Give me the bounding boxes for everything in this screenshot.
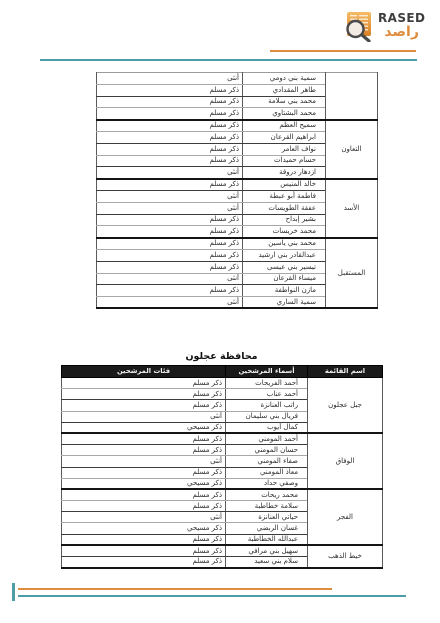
candidate-name-cell: طاهر المقدادي: [243, 84, 326, 96]
candidate-name-cell: غسان الربضي: [226, 523, 308, 534]
candidate-name-cell: سلام بني سعيد: [226, 557, 308, 568]
candidate-category-cell: ذكر مسلم: [97, 84, 243, 96]
candidate-name-cell: بشير إبداح: [243, 214, 326, 226]
candidate-name-cell: فريال بني سليمان: [226, 411, 308, 422]
footer-teal-bar: [12, 583, 15, 601]
candidate-row: المستقبلمحمد بني ياسينذكر مسلم: [97, 238, 378, 250]
candidate-category-cell: ذكر مسلم: [97, 143, 243, 155]
candidate-name-cell: أحمد عناب: [226, 389, 308, 400]
candidate-name-cell: عفقة الطويسات: [243, 202, 326, 214]
candidate-category-cell: ذكر مسلم: [97, 108, 243, 120]
candidate-name-cell: محمد ريحات: [226, 489, 308, 500]
candidate-row: الوفاقأحمد المومنيذكر مسلم: [62, 433, 383, 444]
candidate-name-cell: حياتي العنانزة: [226, 512, 308, 523]
candidate-category-cell: ذكر مسيحي: [62, 523, 226, 534]
candidate-category-cell: ذكر مسلم: [62, 378, 226, 389]
candidate-category-cell: ذكر مسلم: [62, 445, 226, 456]
candidate-name-cell: حسام حميدات: [243, 155, 326, 167]
candidate-category-cell: أنثى: [97, 190, 243, 202]
document-page: RASED راصد سمية بني دوميأنثىطاهر المقداد…: [0, 0, 440, 623]
candidate-name-cell: سمية الساري: [243, 297, 326, 309]
candidate-name-cell: راتب العنانزة: [226, 400, 308, 411]
candidate-category-cell: أنثى: [97, 273, 243, 285]
table2-body: جبل عجلونأحمد الفريحاتذكر مسلمأحمد عنابذ…: [62, 378, 383, 568]
candidate-category-cell: ذكر مسلم: [62, 534, 226, 545]
rased-logo: RASED راصد: [344, 10, 425, 42]
candidate-category-cell: أنثى: [97, 73, 243, 85]
candidate-name-cell: محمد بني ياسين: [243, 238, 326, 250]
candidate-category-cell: ذكر مسلم: [62, 467, 226, 478]
candidate-category-cell: ذكر مسلم: [62, 501, 226, 512]
candidate-category-cell: أنثى: [62, 512, 226, 523]
candidate-row: سمية بني دوميأنثى: [97, 73, 378, 85]
candidate-name-cell: عبدالقادر بني ارشيد: [243, 249, 326, 261]
table1-body: سمية بني دوميأنثىطاهر المقداديذكر مسلممح…: [97, 73, 378, 309]
candidate-category-cell: ذكر مسلم: [97, 179, 243, 191]
footer-teal-rule: [18, 595, 406, 597]
candidate-name-cell: سهيل بني مرافي: [226, 545, 308, 556]
candidate-category-cell: ذكر مسيحي: [62, 478, 226, 489]
column-header-candidate-names: أسماء المرشحين: [226, 366, 308, 378]
candidate-category-cell: ذكر مسلم: [97, 238, 243, 250]
candidate-name-cell: أحمد المومني: [226, 433, 308, 444]
candidate-name-cell: ابراهيم القرعان: [243, 131, 326, 143]
candidate-name-cell: مازن النواطفة: [243, 285, 326, 297]
candidate-name-cell: محمد خريسات: [243, 226, 326, 238]
candidate-category-cell: أنثى: [97, 167, 243, 179]
list-name-cell: جبل عجلون: [308, 378, 383, 434]
list-name-cell: الوفاق: [308, 433, 383, 489]
list-name-cell: خيط الذهب: [308, 545, 383, 567]
candidate-category-cell: ذكر مسيحي: [62, 422, 226, 433]
table-header-row: اسم القائمة أسماء المرشحين فئات المرشحين: [62, 366, 383, 378]
candidate-name-cell: ميساء القرعان: [243, 273, 326, 285]
list-name-cell: التعاون: [326, 120, 378, 179]
candidate-category-cell: أنثى: [97, 297, 243, 309]
candidate-name-cell: ازدهار دروقة: [243, 167, 326, 179]
candidate-name-cell: كمال أيوب: [226, 422, 308, 433]
candidate-category-cell: ذكر مسلم: [97, 131, 243, 143]
candidate-category-cell: ذكر مسلم: [62, 489, 226, 500]
candidate-name-cell: تيسير بني عيسى: [243, 261, 326, 273]
candidate-name-cell: خالد المنيس: [243, 179, 326, 191]
candidates-table-ajloun: اسم القائمة أسماء المرشحين فئات المرشحين…: [61, 365, 383, 569]
footer-orange-rule: [18, 588, 332, 590]
candidate-name-cell: أحمد الفريحات: [226, 378, 308, 389]
candidate-name-cell: عبدالله الخطاطبة: [226, 534, 308, 545]
candidate-name-cell: فاطمة أبو عبطة: [243, 190, 326, 202]
candidate-name-cell: محمد البشتاوي: [243, 108, 326, 120]
header-teal-rule: [40, 59, 417, 61]
candidate-category-cell: ذكر مسلم: [97, 120, 243, 132]
candidate-name-cell: وصفي حداد: [226, 478, 308, 489]
candidate-name-cell: سميح العظم: [243, 120, 326, 132]
candidate-name-cell: صفاء المومني: [226, 456, 308, 467]
candidate-name-cell: حسان المومني: [226, 445, 308, 456]
list-name-cell: [326, 73, 378, 120]
column-header-candidate-categories: فئات المرشحين: [62, 366, 226, 378]
candidate-category-cell: أنثى: [62, 411, 226, 422]
column-header-list-name: اسم القائمة: [308, 366, 383, 378]
candidate-row: جبل عجلونأحمد الفريحاتذكر مسلم: [62, 378, 383, 389]
candidate-category-cell: ذكر مسلم: [62, 557, 226, 568]
candidate-category-cell: ذكر مسلم: [97, 96, 243, 108]
header-orange-rule: [270, 50, 416, 52]
candidate-name-cell: نواف العامر: [243, 143, 326, 155]
candidate-category-cell: ذكر مسلم: [62, 545, 226, 556]
candidate-category-cell: ذكر مسلم: [97, 261, 243, 273]
candidate-category-cell: ذكر مسلم: [97, 155, 243, 167]
candidate-row: التعاونسميح العظمذكر مسلم: [97, 120, 378, 132]
candidate-category-cell: أنثى: [97, 202, 243, 214]
candidate-category-cell: ذكر مسلم: [62, 389, 226, 400]
logo-text: RASED راصد: [378, 10, 425, 42]
candidate-category-cell: ذكر مسلم: [97, 249, 243, 261]
governorate-title: محافظة عجلون: [61, 351, 382, 362]
list-name-cell: الأسد: [326, 179, 378, 238]
candidate-name-cell: محمد بني سلامة: [243, 96, 326, 108]
logo-brand-ar: راصد: [378, 25, 425, 39]
candidate-row: خيط الذهبسهيل بني مرافيذكر مسلم: [62, 545, 383, 556]
list-name-cell: الفجر: [308, 489, 383, 545]
candidate-row: الأسدخالد المنيسذكر مسلم: [97, 179, 378, 191]
candidate-row: الفجرمحمد ريحاتذكر مسلم: [62, 489, 383, 500]
candidate-name-cell: سلامة خطاطبة: [226, 501, 308, 512]
candidate-category-cell: ذكر مسلم: [97, 226, 243, 238]
candidate-category-cell: ذكر مسلم: [97, 285, 243, 297]
candidate-category-cell: أنثى: [62, 456, 226, 467]
list-name-cell: المستقبل: [326, 238, 378, 309]
candidate-name-cell: معاذ المومني: [226, 467, 308, 478]
candidate-category-cell: ذكر مسلم: [97, 214, 243, 226]
candidate-category-cell: ذكر مسلم: [62, 433, 226, 444]
candidates-table-continuation: سمية بني دوميأنثىطاهر المقداديذكر مسلممح…: [96, 72, 378, 309]
candidate-category-cell: ذكر مسلم: [62, 400, 226, 411]
magnifier-document-icon: [344, 10, 376, 42]
candidate-name-cell: سمية بني دومي: [243, 73, 326, 85]
